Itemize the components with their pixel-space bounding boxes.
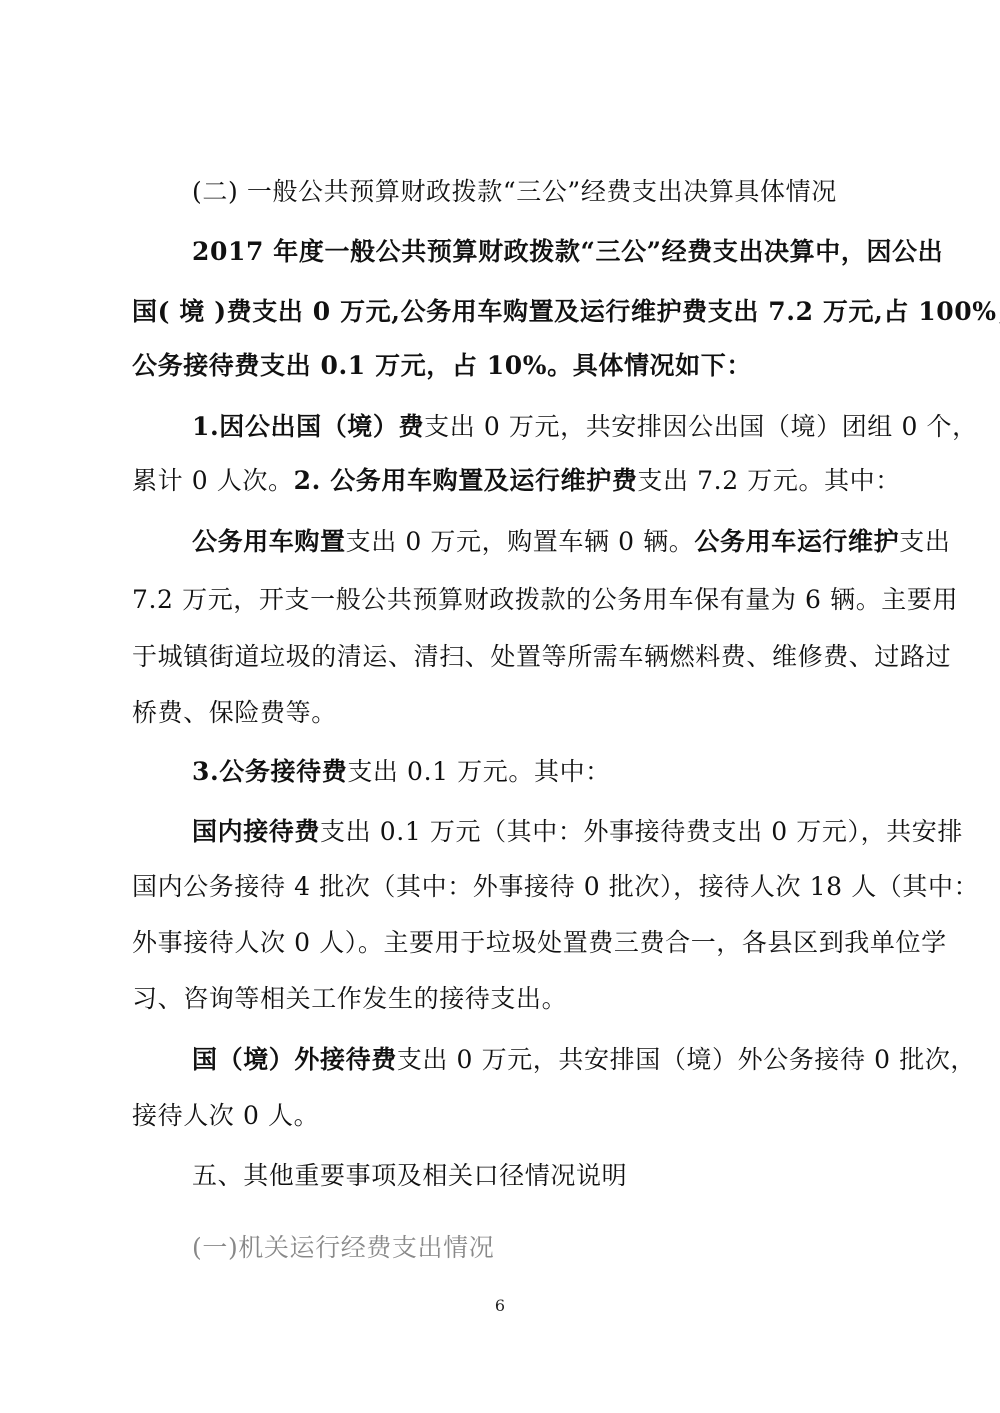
intro-line-1: 2017 年度一般公共预算财政拨款“三公”经费支出决算中，因公出	[192, 236, 952, 268]
document-page: (二) 一般公共预算财政拨款“三公”经费支出决算具体情况 2017 年度一般公共…	[0, 0, 1000, 1413]
section5-heading: 五、其他重要事项及相关口径情况说明	[192, 1160, 952, 1192]
item1-line-2: 累计 0 人次。2. 公务用车购置及运行维护费支出 7.2 万元。其中：	[132, 465, 892, 497]
foreign-line-1: 国（境）外接待费支出 0 万元，共安排国（境）外公务接待 0 批次，	[192, 1044, 952, 1076]
item3-title: 3.公务接待费	[192, 757, 347, 786]
domestic-line-1: 国内接待费支出 0.1 万元（其中：外事接待费支出 0 万元），共安排	[192, 816, 952, 848]
section-heading: (二) 一般公共预算财政拨款“三公”经费支出决算具体情况	[192, 176, 952, 208]
item1-text: 支出 0 万元，共安排因公出国（境）团组 0 个，	[424, 412, 978, 441]
vehicle-line-2: 7.2 万元，开支一般公共预算财政拨款的公务用车保有量为 6 辆。主要用	[132, 584, 892, 616]
domestic-line-4: 习、咨询等相关工作发生的接待支出。	[132, 983, 892, 1015]
domestic-label: 国内接待费	[192, 817, 320, 846]
vehicle-line-4: 桥费、保险费等。	[132, 697, 892, 729]
domestic-line-3: 外事接待人次 0 人）。主要用于垃圾处置费三费合一，各县区到我单位学	[132, 927, 892, 959]
vehicle-maintenance-text: 支出	[899, 527, 950, 556]
item1-title: 1.因公出国（境）费	[192, 412, 424, 441]
vehicle-purchase-text: 支出 0 万元，购置车辆 0 辆。	[346, 527, 695, 556]
item1-text-2: 累计 0 人次。	[132, 466, 294, 495]
page-number: 6	[0, 1296, 1000, 1315]
vehicle-line-3: 于城镇街道垃圾的清运、清扫、处置等所需车辆燃料费、维修费、过路过	[132, 641, 892, 673]
foreign-line-2: 接待人次 0 人。	[132, 1100, 892, 1132]
vehicle-maintenance-label: 公务用车运行维护	[694, 527, 899, 556]
foreign-label: 国（境）外接待费	[192, 1045, 397, 1074]
vehicle-purchase-label: 公务用车购置	[192, 527, 346, 556]
subsection1-heading: (一)机关运行经费支出情况	[192, 1232, 952, 1264]
intro-line-2: 国( 境 )费支出 0 万元,公务用车购置及运行维护费支出 7.2 万元,占 1…	[132, 296, 892, 328]
item2-title: 2. 公务用车购置及运行维护费	[294, 466, 638, 495]
domestic-line-2: 国内公务接待 4 批次（其中：外事接待 0 批次），接待人次 18 人（其中：	[132, 871, 892, 903]
item3-text: 支出 0.1 万元。其中：	[347, 757, 610, 786]
domestic-text: 支出 0.1 万元（其中：外事接待费支出 0 万元），共安排	[320, 817, 963, 846]
item3-line-1: 3.公务接待费支出 0.1 万元。其中：	[192, 756, 952, 788]
item1-line-1: 1.因公出国（境）费支出 0 万元，共安排因公出国（境）团组 0 个，	[192, 411, 952, 443]
vehicle-line-1: 公务用车购置支出 0 万元，购置车辆 0 辆。公务用车运行维护支出	[192, 526, 952, 558]
item2-text: 支出 7.2 万元。其中：	[637, 466, 900, 495]
foreign-text: 支出 0 万元，共安排国（境）外公务接待 0 批次，	[397, 1045, 976, 1074]
intro-line-3: 公务接待费支出 0.1 万元，占 10%。具体情况如下：	[132, 350, 892, 382]
